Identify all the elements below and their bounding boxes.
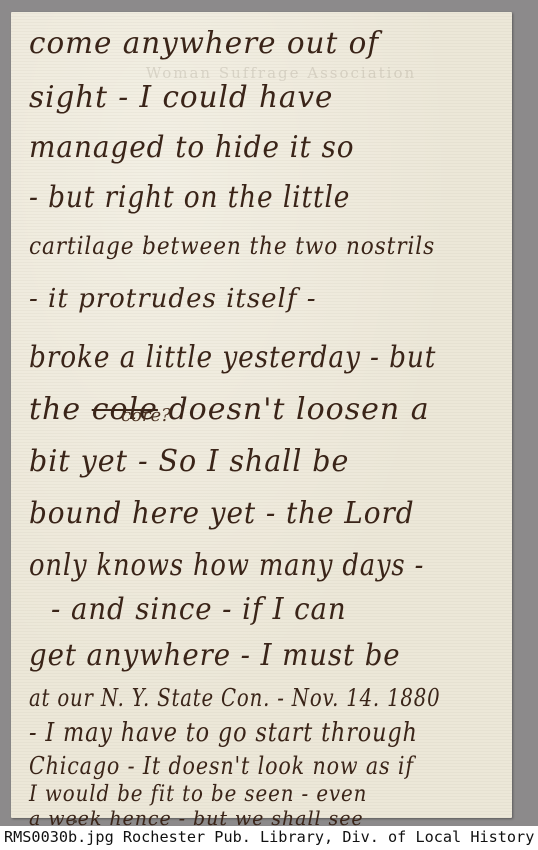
text-line: at our N. Y. State Con. - Nov. 14. 1880 [29, 684, 440, 712]
word: the [29, 392, 81, 427]
interlinear-insertion: core? [121, 405, 171, 426]
text-line: the cole doesn't loosen a [29, 392, 430, 427]
ink-spot [73, 820, 77, 823]
text-line: - it protrudes itself - [29, 284, 317, 314]
scan-background: Woman Suffrage Association come anywhere… [0, 0, 538, 826]
text-line: only knows how many days - [29, 548, 424, 583]
text-line: sight - I could have [29, 80, 333, 115]
letter-page: Woman Suffrage Association come anywhere… [11, 12, 512, 818]
text-line: - but right on the little [29, 180, 350, 215]
text-line: bound here yet - the Lord [29, 496, 415, 531]
image-caption: RMS0030b.jpg Rochester Pub. Library, Div… [4, 828, 534, 846]
handwritten-text: come anywhere out of sight - I could hav… [11, 12, 512, 818]
text-line: broke a little yesterday - but [29, 340, 436, 375]
text-line: I would be fit to be seen - even [29, 782, 367, 807]
word: doesn't loosen a [168, 392, 429, 427]
text-line: come anywhere out of [29, 26, 379, 61]
text-line: a week hence - but we shall see [29, 806, 364, 830]
text-line: bit yet - So I shall be [29, 444, 349, 479]
text-line: Chicago - It doesn't look now as if [29, 752, 414, 780]
text-line: managed to hide it so [29, 130, 354, 165]
text-line: cartilage between the two nostrils [29, 232, 435, 260]
text-line: - and since - if I can [51, 592, 347, 627]
text-line: get anywhere - I must be [29, 638, 401, 673]
text-line: - I may have to go start through [29, 718, 418, 748]
